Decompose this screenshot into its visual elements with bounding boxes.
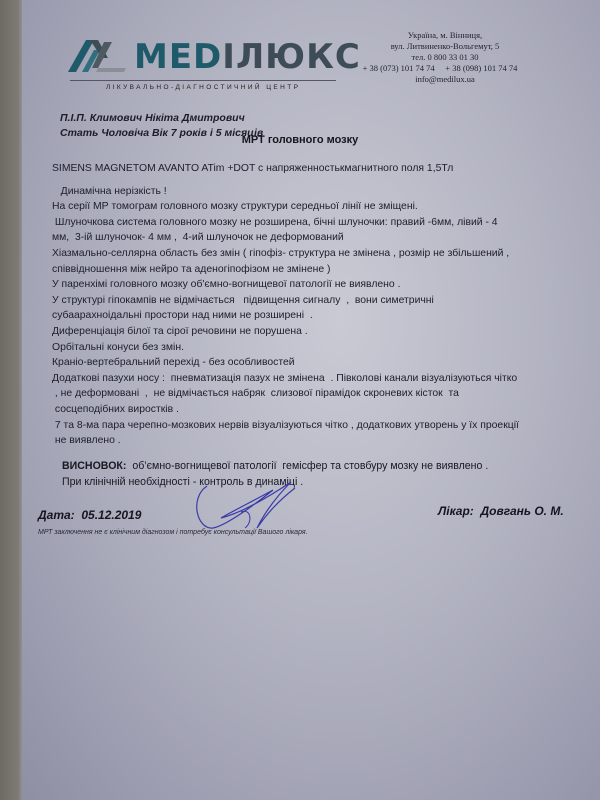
finding-line: Динамічна нерізкість !	[52, 184, 582, 200]
finding-line: співвідношення між нейро та аденогіпофіз…	[52, 262, 582, 278]
finding-line: На серії МР томограм головного мозку стр…	[52, 199, 582, 215]
logo-divider	[70, 80, 336, 81]
doctor-name: Лікар: Довгань О. М.	[438, 504, 564, 518]
disclaimer: МРТ заключення не є клінічним діагнозом …	[38, 529, 308, 536]
address-line1: Україна, м. Вінниця,	[355, 30, 535, 41]
finding-line: сосцеподібних виростків .	[52, 402, 582, 418]
conclusion-text: об’ємно-вогнищевої патології гемісфер та…	[126, 460, 488, 472]
finding-line: , не деформовані , не відмічається набря…	[52, 386, 582, 402]
finding-line: субаарахноідальні простори над ними не р…	[52, 308, 582, 324]
ml-monogram-icon	[68, 38, 128, 72]
report-body: SIMENS MAGNETOM AVANTO ATim +DOT с напря…	[52, 161, 582, 449]
finding-line: Хіазмально-селлярна область без змін ( г…	[52, 246, 582, 262]
finding-line: У паренхімі головного мозку об'ємно-вогн…	[52, 277, 582, 293]
medilux-logo: MEDІЛЮКС ЛІКУВАЛЬНО-ДІАГНОСТИЧНИЙ ЦЕНТР	[68, 38, 338, 96]
email: info@medilux.ua	[355, 74, 535, 85]
brand-name: MEDІЛЮКС	[134, 40, 361, 74]
patient-name: П.І.П. Климович Нікіта Дмитрович	[60, 111, 263, 126]
finding-line: Диференціація білої та сірої речовини не…	[52, 324, 582, 340]
finding-line: мм, 3-ій шлуночок- 4 мм , 4-ий шлуночок …	[52, 230, 582, 246]
brand-name-part1: MED	[134, 37, 222, 77]
address-line2: вул. Литвиненко-Вольгемут, 5	[355, 41, 535, 52]
finding-line: Шлуночкова система головного мозку не ро…	[52, 215, 582, 231]
conclusion-label: ВИСНОВОК:	[62, 460, 126, 472]
finding-line: Орбітальні конуси без змін.	[52, 340, 582, 356]
clinic-contacts: Україна, м. Вінниця, вул. Литвиненко-Вол…	[355, 30, 535, 85]
phone-mobile: + 38 (073) 101 74 74 + 38 (098) 101 74 7…	[345, 63, 535, 74]
finding-line: Краніо-вертебральний перехід - без особл…	[52, 355, 582, 371]
phone-main: тел. 0 800 33 01 30	[355, 52, 535, 63]
finding-line: 7 та 8-ма пара черепно-мозкових нервів в…	[52, 418, 582, 434]
brand-subtitle: ЛІКУВАЛЬНО-ДІАГНОСТИЧНИЙ ЦЕНТР	[106, 84, 300, 91]
finding-line: Додаткові пазухи носу : пневматизація па…	[52, 371, 582, 387]
report-title: МРТ головного мозку	[0, 134, 600, 146]
equipment-line: SIMENS MAGNETOM AVANTO ATim +DOT с напря…	[52, 161, 582, 177]
report-date: Дата: 05.12.2019	[38, 508, 141, 522]
brand-name-part2: ІЛЮКС	[222, 37, 361, 77]
finding-line: не виявлено .	[52, 433, 582, 449]
finding-line: У структурі гіпокампів не відмічається п…	[52, 293, 582, 309]
